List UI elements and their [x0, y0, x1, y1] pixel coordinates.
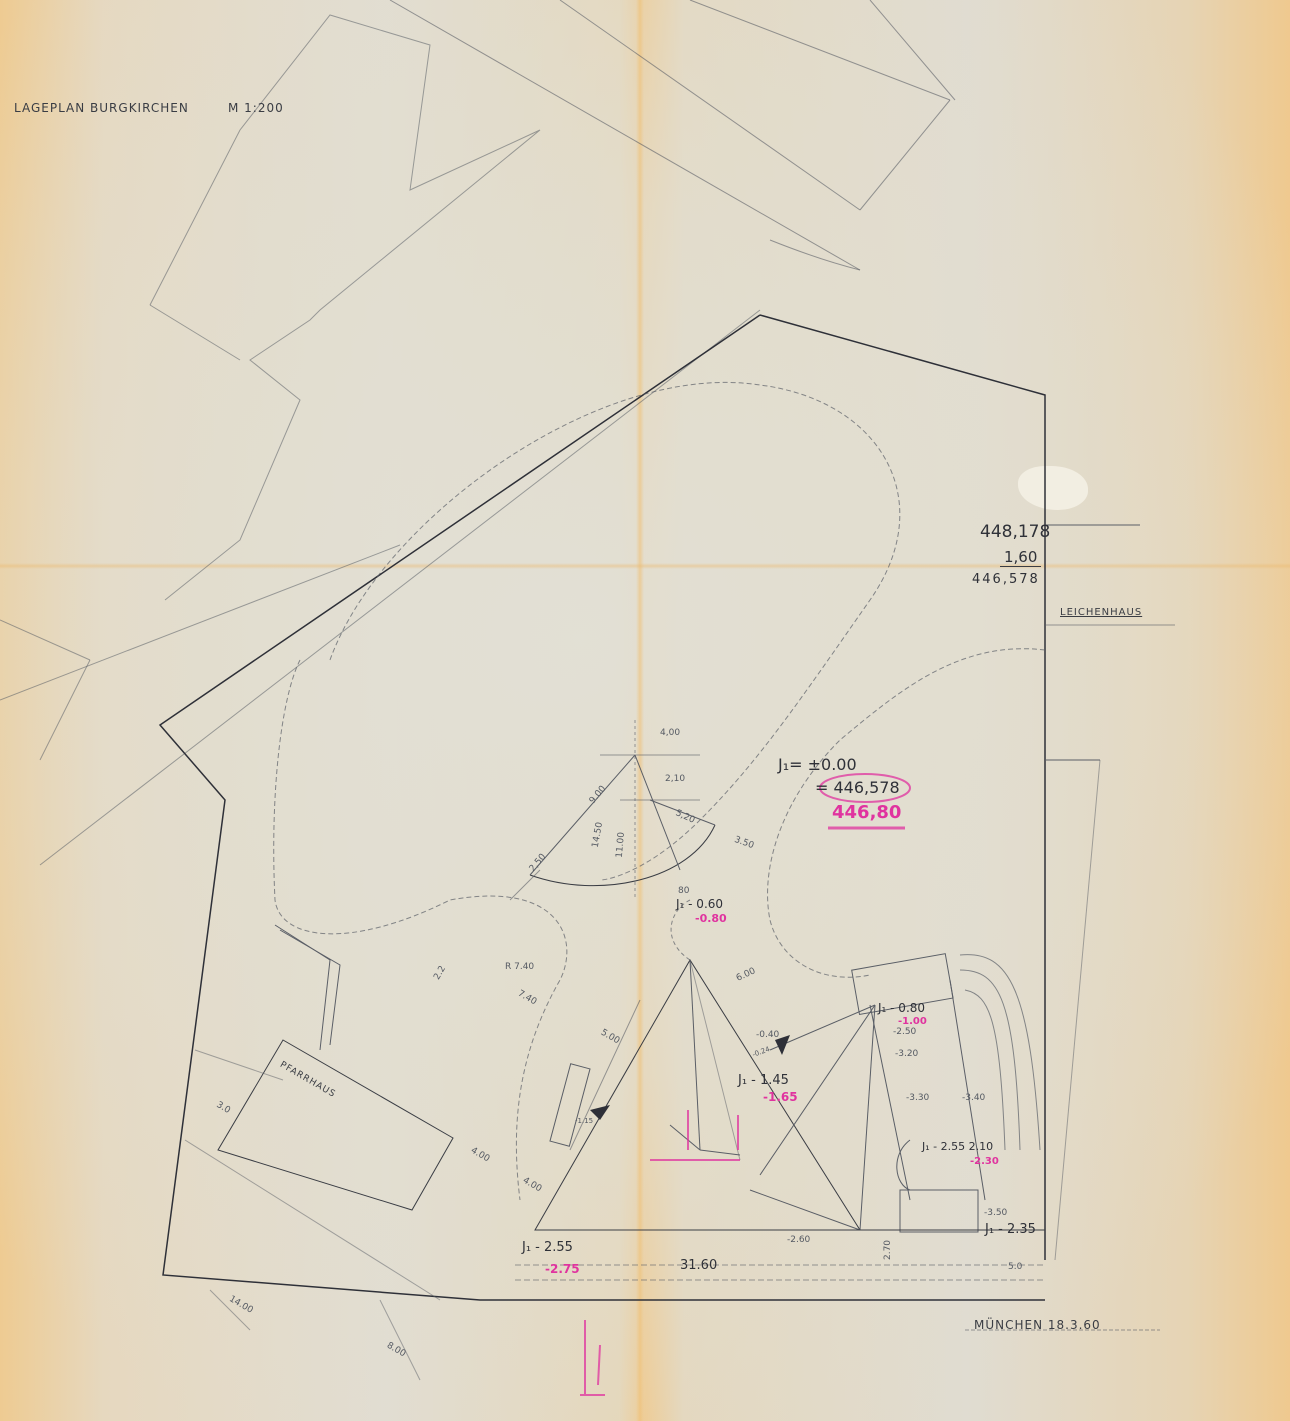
- level-5-red: -2.75: [545, 1262, 580, 1276]
- calc-line-1: 448,178: [980, 522, 1050, 542]
- level-6-pencil: J₁ - 2.35: [985, 1222, 1036, 1237]
- plan-drawing: [0, 0, 1290, 1421]
- spot-2-60: -2.60: [787, 1235, 810, 1245]
- datum-value-pencil: = 446,578: [815, 778, 900, 797]
- dim-2-70: 2.70: [883, 1240, 893, 1260]
- level-1-red: -0.80: [695, 912, 727, 925]
- calc-result: 446,578: [972, 572, 1040, 587]
- spot-3-30: -3.30: [906, 1093, 929, 1103]
- level-5-pencil: J₁ - 2.55: [522, 1240, 573, 1255]
- spot-0-40: -0.40: [756, 1030, 779, 1040]
- dim-4-00-top: 4,00: [660, 728, 680, 738]
- spot-3-20: -3.20: [895, 1049, 918, 1059]
- plan-scale: M 1:200: [228, 101, 284, 115]
- signature-place-date: MÜNCHEN 18.3.60: [974, 1318, 1101, 1332]
- site-plan-sheet: LAGEPLAN BURGKIRCHEN M 1:200 448,178 1,6…: [0, 0, 1290, 1421]
- level-3-red: -1.65: [763, 1090, 798, 1104]
- plan-title: LAGEPLAN BURGKIRCHEN: [14, 101, 189, 115]
- dim-2-10: 2,10: [665, 774, 685, 784]
- level-4-red: -2.30: [970, 1156, 999, 1167]
- spot-3-50: -3.50: [984, 1208, 1007, 1218]
- label-leichenhaus: LEICHENHAUS: [1060, 607, 1142, 618]
- spot-1-15: -1.15: [575, 1117, 593, 1125]
- level-2-red: -1.00: [898, 1016, 927, 1027]
- dim-r-7-40: R 7.40: [505, 962, 534, 972]
- level-4-pencil: J₁ - 2.55 2.10: [922, 1140, 993, 1153]
- datum-label: J₁= ±0.00: [778, 755, 857, 774]
- dim-31-60: 31.60: [680, 1258, 717, 1273]
- datum-value-red: 446,80: [832, 802, 901, 823]
- level-2-pencil: J₁ - 0.80: [878, 1001, 925, 1015]
- calc-line-2: 1,60: [1000, 548, 1041, 567]
- spot-2-50: -2.50: [893, 1027, 916, 1037]
- spot-3-40: -3.40: [962, 1093, 985, 1103]
- dim-80: 80: [678, 886, 689, 896]
- level-3-pencil: J₁ - 1.45: [738, 1073, 789, 1088]
- dim-5-0: 5.0: [1008, 1262, 1022, 1272]
- level-1-pencil: J₁ - 0.60: [676, 897, 723, 911]
